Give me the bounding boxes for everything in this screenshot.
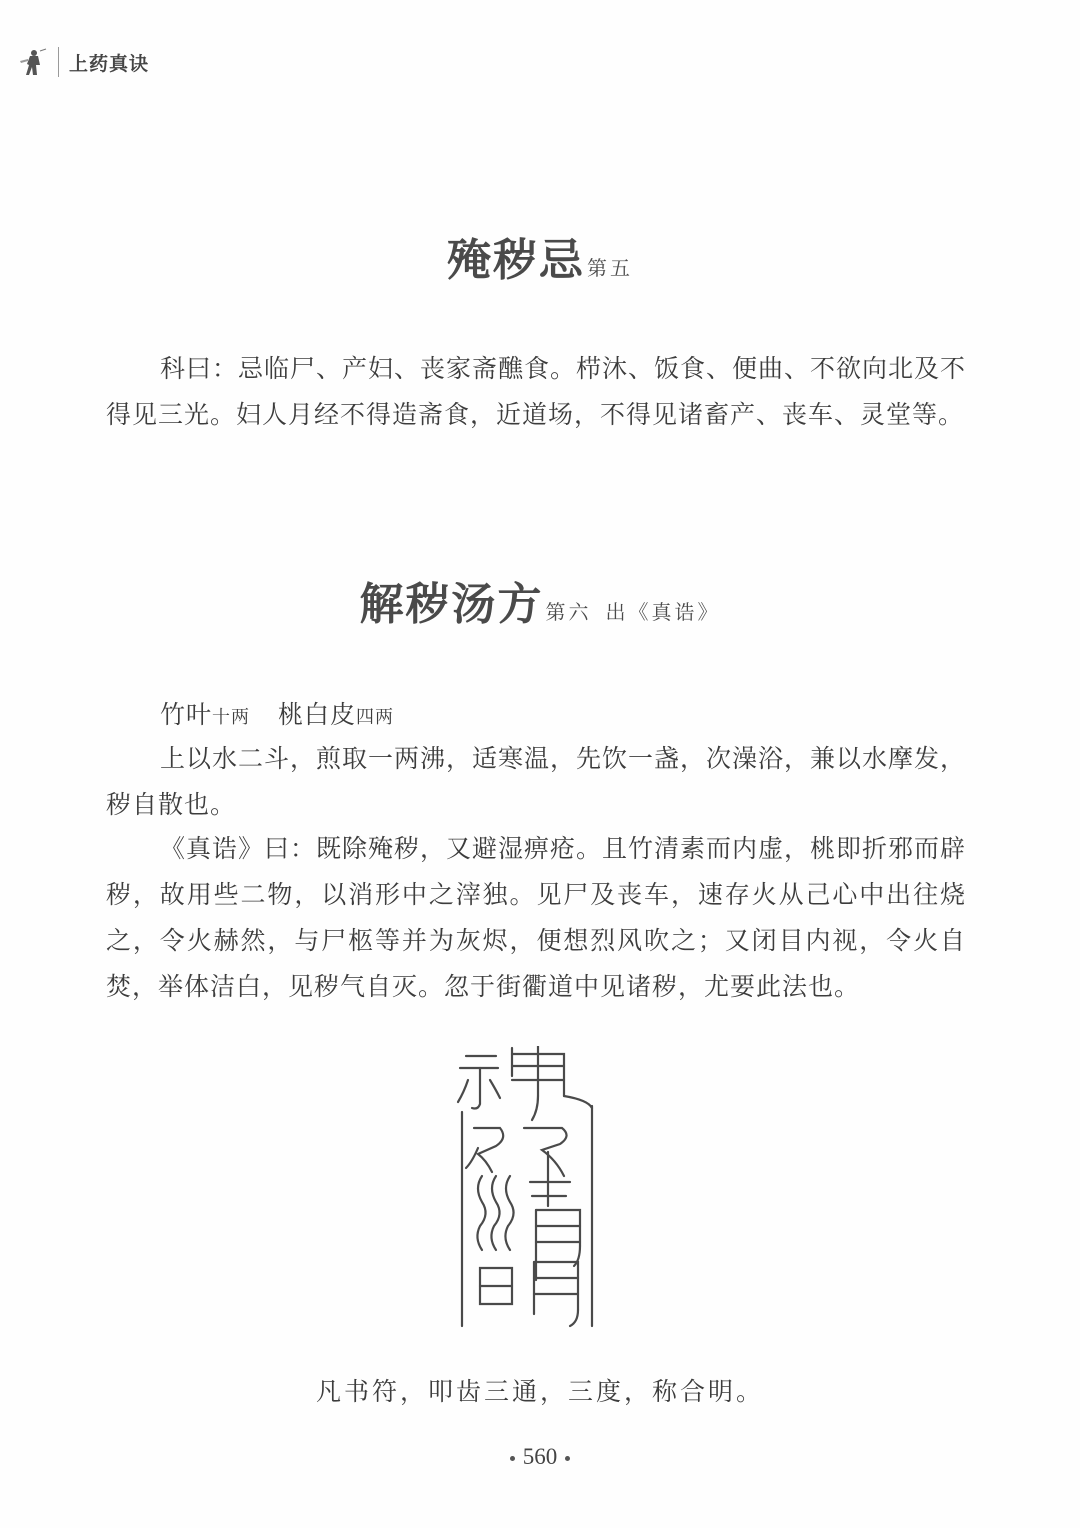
scholar-figure-icon — [16, 45, 50, 79]
section-5-paragraph: 科曰：忌临尸、产妇、丧家斋醮食。栉沐、饭食、便曲、不欲向北及不得见三光。妇人月经… — [106, 346, 966, 438]
talisman-seal-script-icon — [452, 1046, 602, 1336]
page-number-value: 560 — [523, 1444, 558, 1469]
book-page: 上药真诀 殗秽忌第五 科曰：忌临尸、产妇、丧家斋醮食。栉沐、饭食、便曲、不欲向北… — [0, 0, 1080, 1528]
preparation-paragraph: 上以水二斗，煎取一两沸，适寒温，先饮一盏，次澡浴，兼以水摩发，秽自散也。 — [106, 736, 966, 828]
bullet-dot — [565, 1456, 570, 1461]
ingredient-amount: 十两 — [212, 707, 250, 728]
page-number: 560 — [0, 1444, 1080, 1470]
section-number: 第五 — [587, 256, 633, 280]
section-number: 第六 — [546, 600, 592, 624]
section-title-6: 解秽汤方第六出《真诰》 — [0, 568, 1080, 632]
zhengao-paragraph: 《真诰》曰：既除殗秽，又避湿痹疮。且竹清素而内虚，桃即折邪而辟秽，故用些二物，以… — [106, 826, 966, 1010]
header-divider — [58, 47, 59, 77]
section-title-5: 殗秽忌第五 — [0, 224, 1080, 288]
ingredient-amount: 四两 — [356, 707, 394, 728]
ingredient-name: 竹叶 — [160, 700, 212, 729]
book-title: 上药真诀 — [69, 49, 149, 76]
ingredient-name: 桃白皮 — [278, 700, 356, 729]
section-source: 出《真诰》 — [606, 600, 721, 624]
talisman-caption: 凡书符，叩齿三通，三度，称合明。 — [0, 1372, 1080, 1408]
ingredients-line: 竹叶十两桃白皮四两 — [106, 692, 966, 741]
bullet-dot — [510, 1456, 515, 1461]
section-title-text: 殗秽忌 — [447, 235, 585, 286]
running-header: 上药真诀 — [16, 44, 149, 80]
section-title-text: 解秽汤方 — [360, 579, 544, 630]
